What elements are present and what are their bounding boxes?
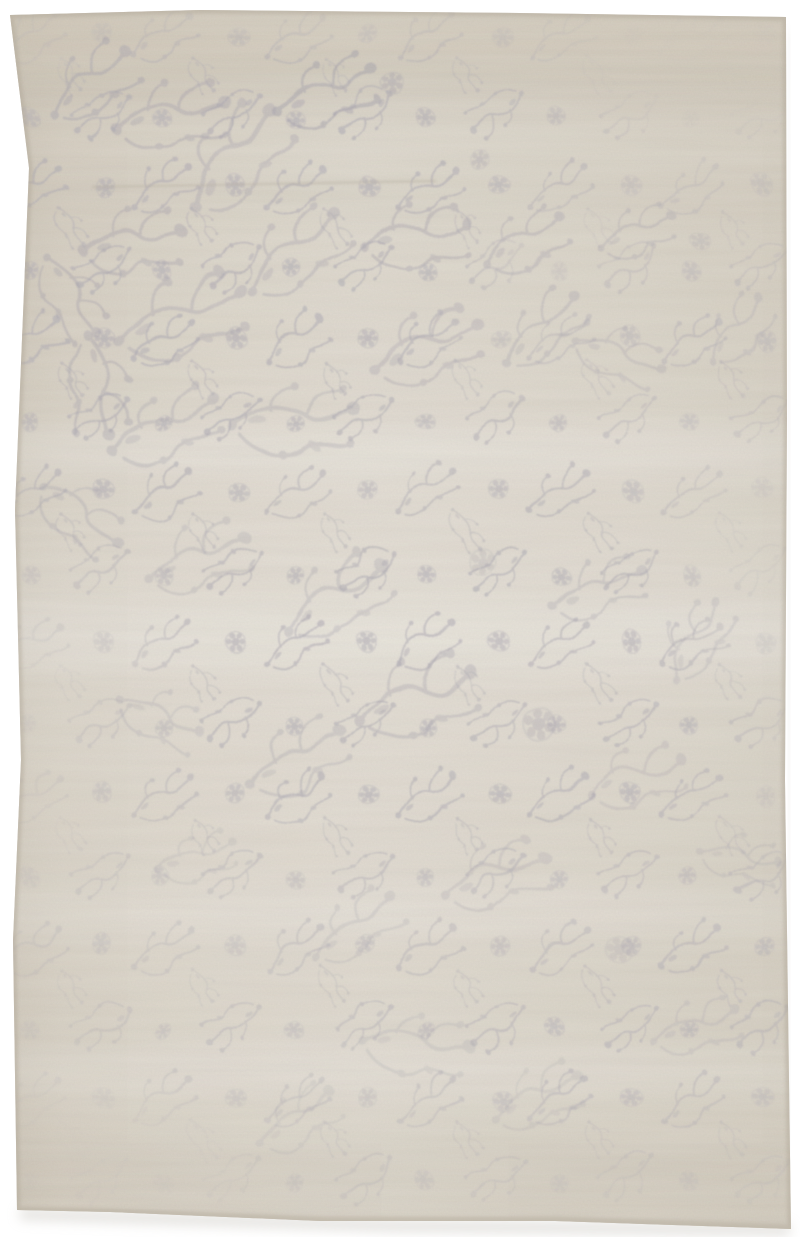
rug xyxy=(0,0,800,1237)
rug-product-photo xyxy=(0,0,800,1237)
product-photo-stage xyxy=(0,0,800,1237)
